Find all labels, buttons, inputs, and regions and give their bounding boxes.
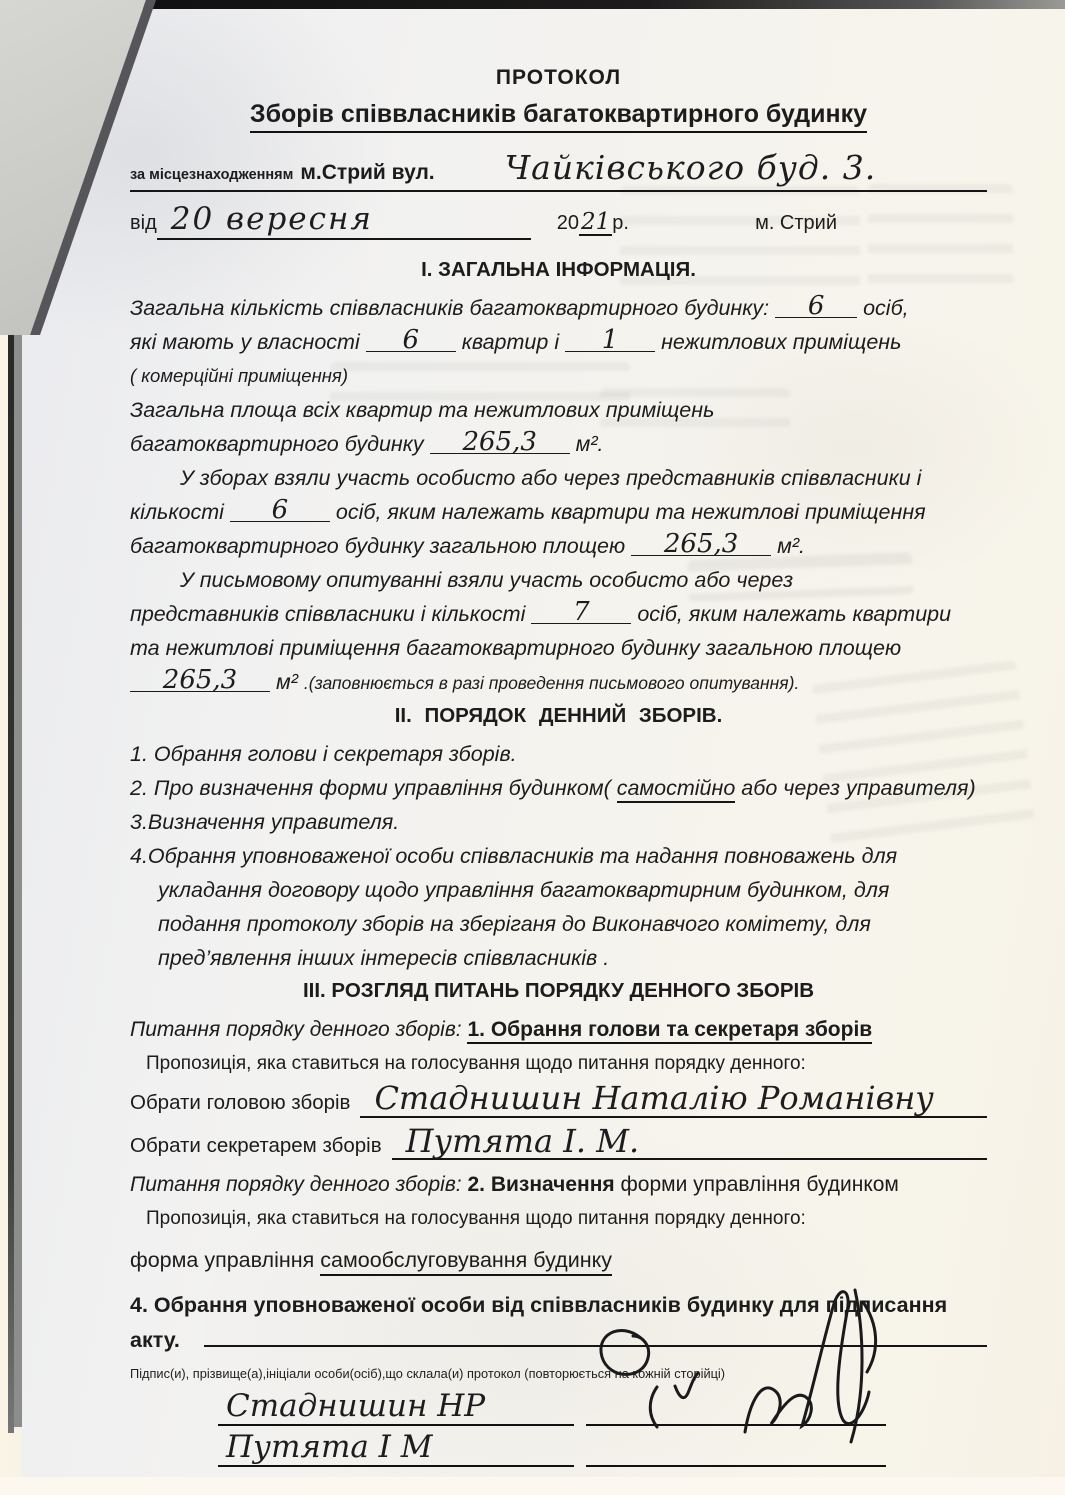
general-line3: ( комерційні приміщення) — [130, 359, 987, 393]
scanner-background-bottom — [0, 1477, 1065, 1495]
written-area-value: 265,3 — [163, 672, 237, 688]
head-of-meeting-value: Стаднишин Наталію Романівну — [360, 1082, 987, 1116]
signer1-row: Стаднишин НР — [218, 1385, 987, 1426]
question2-rest: форми управління будинком — [621, 1173, 899, 1196]
general-line8-text: багатоквартирного будинку загальною площ… — [130, 534, 625, 558]
general-line1-suffix: осіб, — [863, 296, 909, 320]
owners-count-value: 6 — [808, 298, 825, 314]
general-line2-text: які мають у власності — [130, 330, 360, 354]
year-group: 2021р. — [557, 211, 629, 236]
general-line9: У письмовому опитуванні взяли участь осо… — [130, 563, 987, 597]
general-line11: та нежитлові приміщення багатоквартирног… — [130, 631, 987, 665]
scanned-protocol-page: ПРОТОКОЛ Зборів співвласників багатоквар… — [0, 0, 1065, 1495]
year-suffix: р. — [612, 212, 629, 234]
general-line1-text: Загальна кількість співвласників багаток… — [130, 296, 769, 320]
nonresidential-count-field: 1 — [565, 333, 655, 352]
general-line12-unit: м² — [276, 670, 298, 694]
meeting-participants-field: 6 — [230, 503, 330, 522]
general-line5: багатоквартирного будинку 265,3 м². — [130, 427, 987, 461]
apartments-count-value: 6 — [402, 332, 419, 348]
date-prefix-label: від — [130, 212, 157, 235]
agenda-item2: 2. Про визначення форми управління будин… — [130, 771, 987, 805]
meeting-participants-value: 6 — [272, 502, 289, 518]
question2-label: Питання порядку денного зборів: — [130, 1173, 462, 1196]
question1-title: 1. Обрання голови та секретаря зборів — [467, 1018, 872, 1044]
location-prefix-label: за місцезнаходженням — [130, 167, 293, 183]
agenda-item2-underlined: самостійно — [617, 776, 736, 803]
general-line8-unit: м². — [777, 534, 805, 558]
document-title: ПРОТОКОЛ — [130, 66, 987, 90]
written-area-field: 265,3 — [130, 673, 270, 692]
signer1-name: Стаднишин НР — [218, 1393, 574, 1426]
meeting-area-value: 265,3 — [664, 536, 738, 552]
signer1-signature-line — [586, 1423, 886, 1426]
general-line7: кількості 6 осіб, яким належать квартири… — [130, 495, 987, 529]
signing-item-line1: 4. Обрання уповноваженої особи від співв… — [130, 1288, 987, 1323]
agenda-item4-line1: 4.Обрання уповноваженої особи співвласни… — [130, 839, 987, 873]
city-label: м. Стрий — [755, 212, 837, 235]
question2-number: 2. Визначення — [467, 1173, 614, 1196]
general-line2: які мають у власності 6 квартир і 1 нежи… — [130, 325, 987, 359]
agenda-item4-line4: пред’явлення інших інтересів співвласник… — [130, 941, 987, 975]
management-form-value: самообслуговування будинку — [320, 1248, 612, 1276]
question1-line: Питання порядку денного зборів: 1. Обран… — [130, 1012, 987, 1048]
written-participants-value: 7 — [573, 604, 590, 620]
location-handwritten-value: Чайківського буд. 3. — [505, 151, 877, 184]
head-of-meeting-field: Стаднишин Наталію Романівну — [360, 1082, 987, 1118]
total-area-value: 265,3 — [462, 434, 536, 450]
total-area-field: 265,3 — [430, 435, 570, 454]
agenda-item3: 3.Визначення управителя. — [130, 805, 987, 839]
document-subtitle: Зборів співвласників багатоквартирного б… — [130, 100, 987, 129]
meeting-area-field: 265,3 — [631, 537, 771, 556]
agenda-item4-line2: укладання договору щодо управління багат… — [130, 873, 987, 907]
secretary-label: Обрати секретарем зборів — [130, 1134, 382, 1158]
agenda-item1: 1. Обрання голови і секретаря зборів. — [130, 737, 987, 771]
date-handwritten-value: 20 вересня — [157, 204, 531, 240]
general-line6: У зборах взяли участь особисто або через… — [130, 461, 987, 495]
general-line4: Загальна площа всіх квартир та нежитлови… — [130, 393, 987, 427]
section2-heading: ІІ. ПОРЯДОК ДЕННИЙ ЗБОРІВ. — [130, 704, 987, 728]
signatures-block: Стаднишин НР Путята І М — [218, 1385, 987, 1467]
head-of-meeting-line: Обрати головою зборів Стаднишин Наталію … — [130, 1082, 987, 1118]
general-line7-text: кількості — [130, 500, 224, 524]
general-line1: Загальна кількість співвласників багаток… — [130, 291, 987, 325]
signing-item-line2: акту. — [130, 1323, 987, 1358]
owners-count-field: 6 — [775, 299, 857, 318]
section3-heading: ІІІ. РОЗГЛЯД ПИТАНЬ ПОРЯДКУ ДЕННОГО ЗБОР… — [130, 979, 987, 1003]
management-form-label: форма управління — [130, 1248, 314, 1272]
general-line10: представників співвласники і кількості 7… — [130, 597, 987, 631]
general-line2-suffix: нежитлових приміщень — [661, 330, 901, 354]
section1-heading: І. ЗАГАЛЬНА ІНФОРМАЦІЯ. — [130, 258, 987, 282]
general-line7-suffix: осіб, яким належать квартири та нежитлов… — [336, 500, 926, 524]
proposal1-line: Пропозиція, яка ставиться на голосування… — [130, 1048, 987, 1079]
general-line12-note: .(заповнюється в разі проведення письмов… — [304, 673, 799, 693]
date-line: від 20 вересня 2021р. м. Стрий — [130, 204, 987, 240]
general-line2-mid: квартир і — [462, 330, 559, 354]
secretary-line: Обрати секретарем зборів Путята І. М. — [130, 1125, 987, 1161]
secretary-field: Путята І. М. — [392, 1125, 987, 1161]
proposal2-line: Пропозиція, яка ставиться на голосування… — [130, 1203, 987, 1234]
secretary-value: Путята І. М. — [392, 1125, 987, 1159]
signer2-name: Путята І М — [218, 1434, 574, 1467]
general-line5-unit: м². — [576, 432, 604, 456]
general-line5-text: багатоквартирного будинку — [130, 432, 424, 456]
head-of-meeting-label: Обрати головою зборів — [130, 1091, 350, 1115]
nonresidential-count-value: 1 — [602, 332, 619, 348]
management-form-line: форма управління самообслуговування буди… — [130, 1242, 987, 1278]
signer2-row: Путята І М — [218, 1426, 987, 1467]
signature-instruction-note: Підпис(и), прізвище(а),ініціали особи(ос… — [130, 1366, 987, 1381]
agenda-item2-text: 2. Про визначення форми управління будин… — [130, 776, 611, 800]
document-subtitle-text: Зборів співвласників багатоквартирного б… — [250, 100, 867, 133]
general-line8: багатоквартирного будинку загальною площ… — [130, 529, 987, 563]
signer2-signature-line — [586, 1464, 886, 1467]
general-line10-suffix: осіб, яким належать квартири — [637, 602, 951, 626]
question2-line: Питання порядку денного зборів: 2. Визна… — [130, 1167, 987, 1203]
blank-line — [204, 1324, 987, 1348]
location-line: за місцезнаходженням м.Стрий вул. Чайків… — [130, 151, 987, 192]
agenda-item4-line3: подання протоколу зборів на зберіганя до… — [130, 907, 987, 941]
year-prefix: 20 — [557, 212, 579, 234]
aktu-label: акту. — [130, 1323, 180, 1358]
year-handwritten-value: 21 — [579, 211, 612, 236]
apartments-count-field: 6 — [366, 333, 456, 352]
document-content: ПРОТОКОЛ Зборів співвласників багатоквар… — [0, 0, 1065, 1467]
written-participants-field: 7 — [531, 605, 631, 624]
question1-label: Питання порядку денного зборів: — [130, 1018, 462, 1041]
agenda-item2-suffix: або через управителя) — [741, 776, 975, 800]
general-line10-text: представників співвласники і кількості — [130, 602, 525, 626]
general-line12: 265,3 м² .(заповнюється в разі проведенн… — [130, 665, 987, 700]
location-city-street-label: м.Стрий вул. — [300, 161, 434, 185]
